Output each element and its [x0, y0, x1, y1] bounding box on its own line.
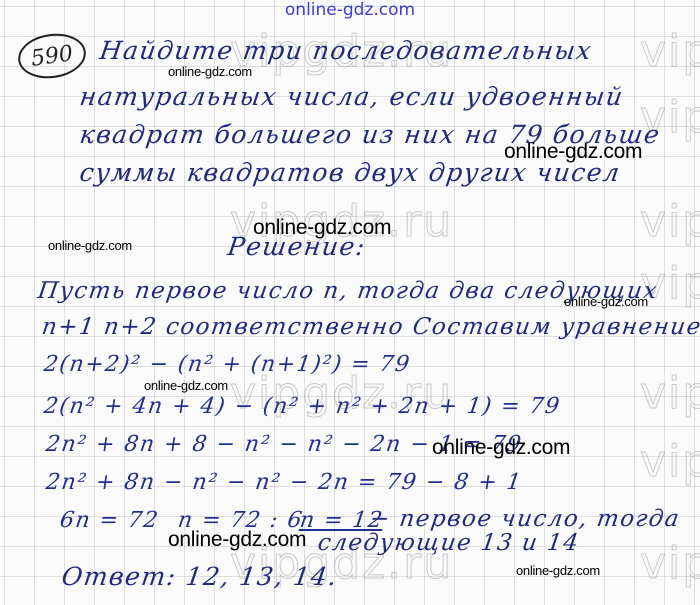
site-watermark: online-gdz.com: [564, 294, 648, 309]
site-watermark: online-gdz.com: [432, 436, 570, 460]
top-watermark: online-gdz.com: [0, 0, 700, 20]
equation-line: 2(n² + 4n + 4) − (n² + n² + 2n + 1) = 79: [42, 394, 562, 419]
background-watermark: vipgdz.ru: [640, 368, 700, 419]
site-watermark: online-gdz.com: [253, 216, 391, 240]
answer: Ответ: 12, 13, 14.: [60, 562, 340, 591]
equation-line: 2n² + 8n − n² − n² − 2n = 79 − 8 + 1: [44, 470, 524, 495]
problem-number: 590: [15, 29, 88, 82]
site-watermark: online-gdz.com: [144, 378, 228, 393]
result-comment-2: следующие 13 и 14: [316, 530, 581, 556]
site-watermark: online-gdz.com: [168, 528, 306, 552]
problem-statement-line: натуральных числа, если удвоенный: [78, 82, 626, 111]
background-watermark: vipgdz.ru: [640, 436, 700, 487]
site-watermark: online-gdz.com: [48, 238, 132, 253]
site-watermark: online-gdz.com: [516, 563, 600, 578]
background-watermark: vipgdz.ru: [640, 196, 700, 247]
site-watermark: online-gdz.com: [168, 64, 252, 79]
solution-intro-line: n+1 n+2 соответственно Составим уравнени…: [40, 314, 700, 340]
equation-line: 2(n+2)² − (n² + (n+1)²) = 79: [42, 352, 412, 377]
problem-statement-line: Найдите три последовательных: [98, 36, 594, 65]
background-watermark: vipgdz.ru: [640, 538, 700, 589]
equation-6n: 6n = 72: [58, 508, 161, 533]
background-watermark: vipgdz.ru: [640, 26, 700, 77]
site-watermark: online-gdz.com: [504, 140, 642, 164]
result-comment: − первое число, тогда: [368, 506, 682, 532]
